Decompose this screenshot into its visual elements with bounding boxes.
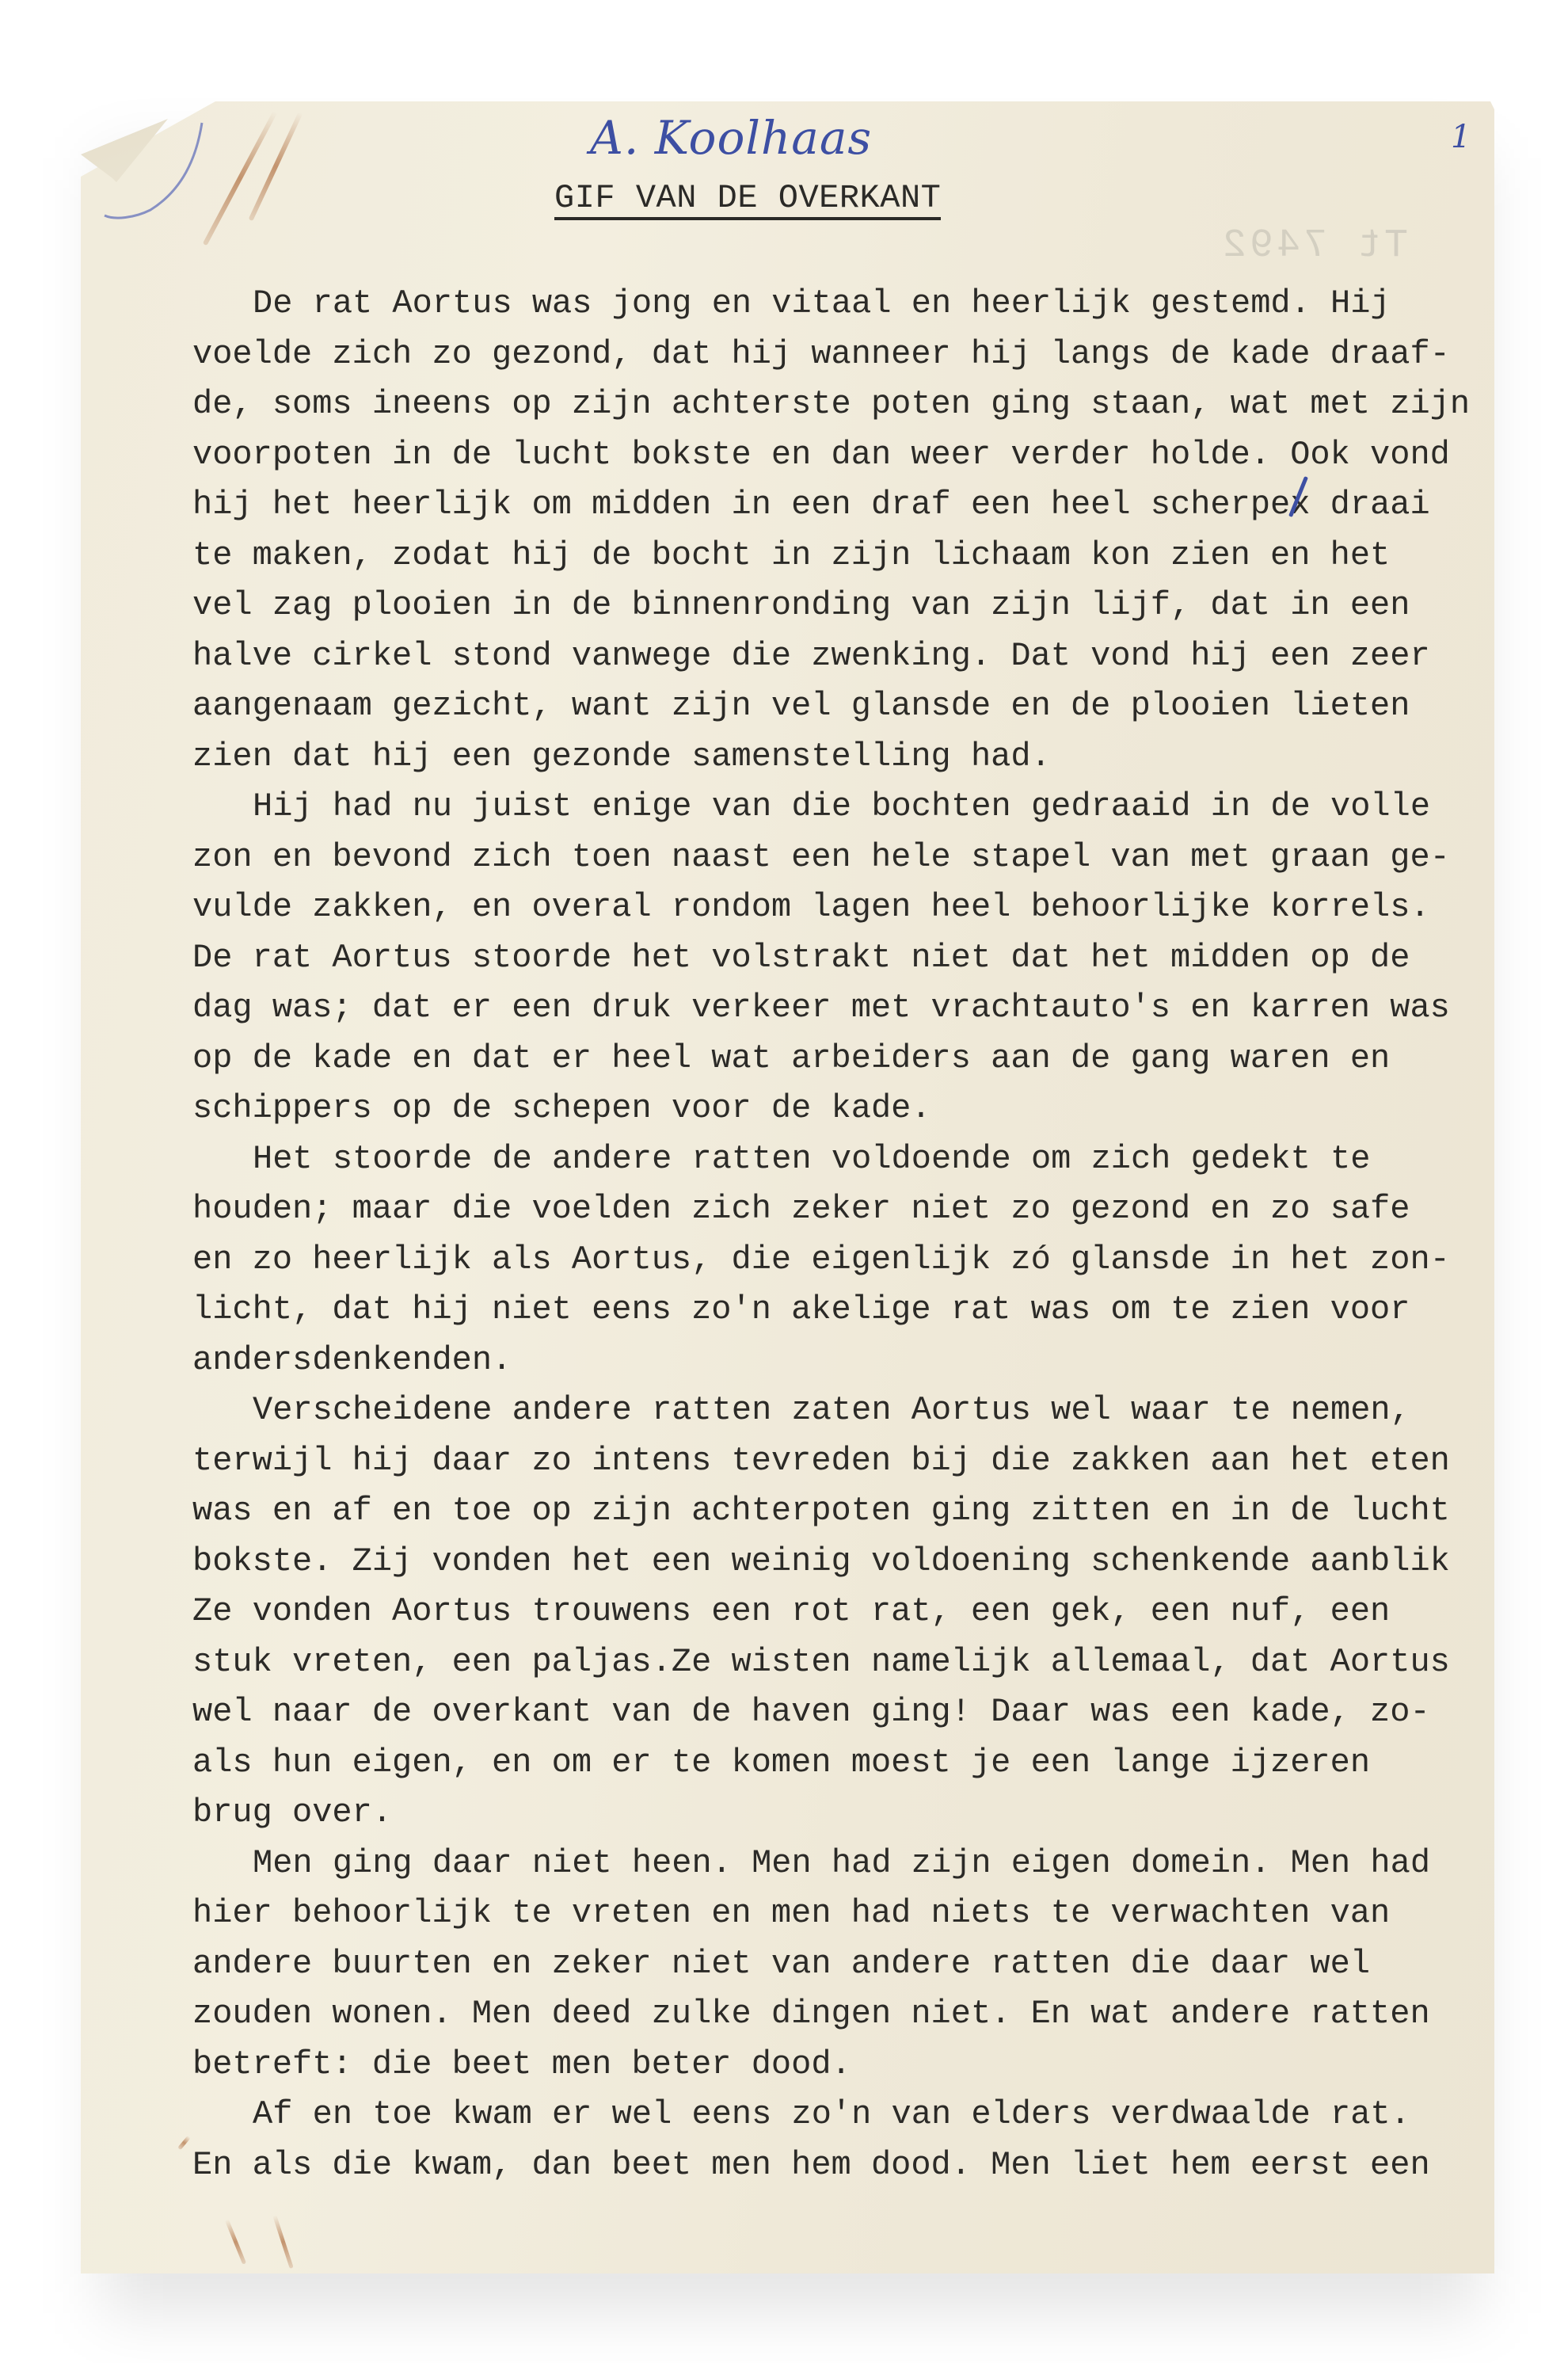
text-line: op de kade en dat er heel wat arbeiders … xyxy=(192,1034,1491,1084)
text-line: Verscheidene andere ratten zaten Aortus … xyxy=(192,1385,1491,1436)
text-line: voorpoten in de lucht bokste en dan weer… xyxy=(192,430,1491,481)
text-line: brug over. xyxy=(192,1788,1491,1839)
text-line: betreft: die beet men beter dood. xyxy=(192,2040,1491,2090)
author-handwritten: A. Koolhaas xyxy=(590,111,872,165)
page-number-handwritten: 1 xyxy=(1451,119,1471,155)
text-line: als hun eigen, en om er te komen moest j… xyxy=(192,1738,1491,1789)
text-line: terwijl hij daar zo intens tevreden bij … xyxy=(192,1436,1491,1487)
text-line: te maken, zodat hij de bocht in zijn lic… xyxy=(192,531,1491,581)
text-line: andere buurten en zeker niet van andere … xyxy=(192,1939,1491,1990)
document-title: GIF VAN DE OVERKANT xyxy=(554,181,941,220)
text-line: was en af en toe op zijn achterpoten gin… xyxy=(192,1486,1491,1537)
text-line: vel zag plooien in de binnenronding van … xyxy=(192,581,1491,631)
text-line: zouden wonen. Men deed zulke dingen niet… xyxy=(192,1989,1491,2040)
text-line: halve cirkel stond vanwege die zwenking.… xyxy=(192,631,1491,682)
text-line: houden; maar die voelden zich zeker niet… xyxy=(192,1184,1491,1235)
text-line: Men ging daar niet heen. Men had zijn ei… xyxy=(192,1839,1491,1889)
text-line: andersdenkenden. xyxy=(192,1336,1491,1386)
text-line: Hij had nu juist enige van die bochten g… xyxy=(192,782,1491,833)
text-line: vulde zakken, en overal rondom lagen hee… xyxy=(192,882,1491,933)
text-line: licht, dat hij niet eens zo'n akelige ra… xyxy=(192,1285,1491,1336)
text-line: Ze vonden Aortus trouwens een rot rat, e… xyxy=(192,1587,1491,1637)
text-line: dag was; dat er een druk verkeer met vra… xyxy=(192,983,1491,1034)
handwritten-strikethrough: x xyxy=(1290,480,1310,531)
text-line: En als die kwam, dan beet men hem dood. … xyxy=(192,2140,1491,2191)
text-line: Het stoorde de andere ratten voldoende o… xyxy=(192,1134,1491,1185)
text-line: de, soms ineens op zijn achterste poten … xyxy=(192,379,1491,430)
text-line: aangenaam gezicht, want zijn vel glansde… xyxy=(192,681,1491,732)
text-line: wel naar de overkant van de haven ging! … xyxy=(192,1687,1491,1738)
text-line: De rat Aortus was jong en vitaal en heer… xyxy=(192,279,1491,330)
archive-stamp-showthrough: Tt 7492 xyxy=(1220,223,1408,269)
text-line: voelde zich zo gezond, dat hij wanneer h… xyxy=(192,330,1491,380)
text-line: hier behoorlijk te vreten en men had nie… xyxy=(192,1888,1491,1939)
text-line: zon en bevond zich toen naast een hele s… xyxy=(192,833,1491,883)
text-line: schippers op de schepen voor de kade. xyxy=(192,1084,1491,1134)
body-text: De rat Aortus was jong en vitaal en heer… xyxy=(192,279,1491,2190)
text-line: Af en toe kwam er wel eens zo'n van elde… xyxy=(192,2090,1491,2140)
blue-pen-mark xyxy=(95,119,206,238)
text-line: hij het heerlijk om midden in een draf e… xyxy=(192,480,1491,531)
text-line: De rat Aortus stoorde het volstrakt niet… xyxy=(192,933,1491,984)
text-line: bokste. Zij vonden het een weinig voldoe… xyxy=(192,1537,1491,1587)
text-line: stuk vreten, een paljas.Ze wisten nameli… xyxy=(192,1637,1491,1688)
text-line: en zo heerlijk als Aortus, die eigenlijk… xyxy=(192,1235,1491,1286)
text-line: zien dat hij een gezonde samenstelling h… xyxy=(192,732,1491,783)
